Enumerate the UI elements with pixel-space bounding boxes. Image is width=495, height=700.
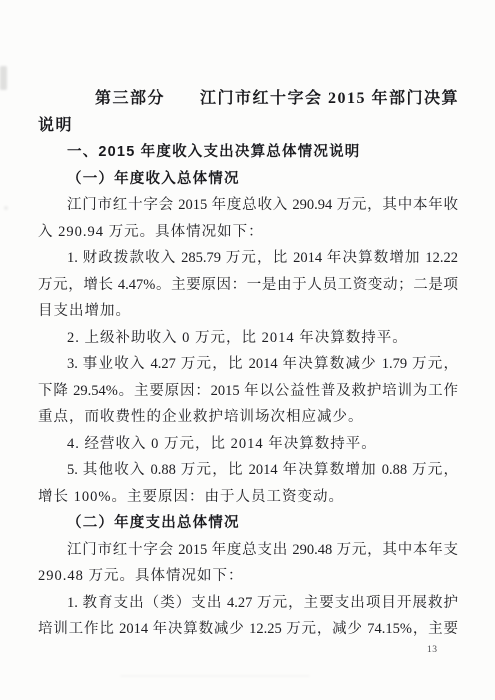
para-total-expenditure-line1: 江门市红十字会 2015 年度总支出 290.48 万元，其中本年支	[38, 537, 458, 564]
para-other-income-line2: 增长 100%。主要原因：由于人员工资变动。	[38, 484, 458, 511]
para-superior-subsidy: 2. 上级补助收入 0 万元，比 2014 年决算数持平。	[38, 325, 458, 352]
para-fiscal-allocation-line2: 万元，增长 4.47%。主要原因：一是由于人员工资变动；二是项	[38, 272, 458, 299]
scan-artifact	[4, 206, 8, 210]
scan-artifact	[0, 66, 7, 90]
heading-section1: 一、2015 年度收入支出决算总体情况说明	[38, 139, 458, 166]
para-total-expenditure-line2: 290.48 万元。具体情况如下：	[38, 563, 458, 590]
para-business-income-line3: 重点，而收费性的企业救护培训场次相应减少。	[38, 404, 458, 431]
para-business-income-line1: 3. 事业收入 4.27 万元，比 2014 年决算数减少 1.79 万元，	[38, 351, 458, 378]
para-education-expenditure-line2: 培训工作比 2014 年决算数减少 12.25 万元，减少 74.15%，主要	[38, 616, 458, 643]
para-fiscal-allocation-line3: 目支出增加。	[38, 298, 458, 325]
para-total-income-line2: 入 290.94 万元。具体情况如下：	[38, 219, 458, 246]
document-page: 第三部分 江门市红十字会 2015 年部门决算情况 说明 一、2015 年度收入…	[0, 0, 495, 700]
page-number: 13	[427, 645, 438, 655]
heading-section1-1-income: （一）年度收入总体情况	[38, 166, 458, 193]
para-business-income-line2: 下降 29.54%。主要原因：2015 年以公益性普及救护培训为工作	[38, 378, 458, 405]
heading-part3-line2: 说明	[38, 113, 458, 140]
para-education-expenditure-line1: 1. 教育支出（类）支出 4.27 万元，主要支出项目开展救护	[38, 590, 458, 617]
para-total-income-line1: 江门市红十字会 2015 年度总收入 290.94 万元，其中本年收	[38, 192, 458, 219]
scan-artifact	[120, 675, 310, 677]
heading-section1-2-expenditure: （二）年度支出总体情况	[38, 510, 458, 537]
para-other-income-line1: 5. 其他收入 0.88 万元，比 2014 年决算数增加 0.88 万元，	[38, 457, 458, 484]
para-operating-income: 4. 经营收入 0 万元，比 2014 年决算数持平。	[38, 431, 458, 458]
document-text-block: 第三部分 江门市红十字会 2015 年部门决算情况 说明 一、2015 年度收入…	[38, 86, 458, 643]
para-fiscal-allocation-line1: 1. 财政拨款收入 285.79 万元，比 2014 年决算数增加 12.22	[38, 245, 458, 272]
heading-part3-line1: 第三部分 江门市红十字会 2015 年部门决算情况	[38, 86, 458, 113]
